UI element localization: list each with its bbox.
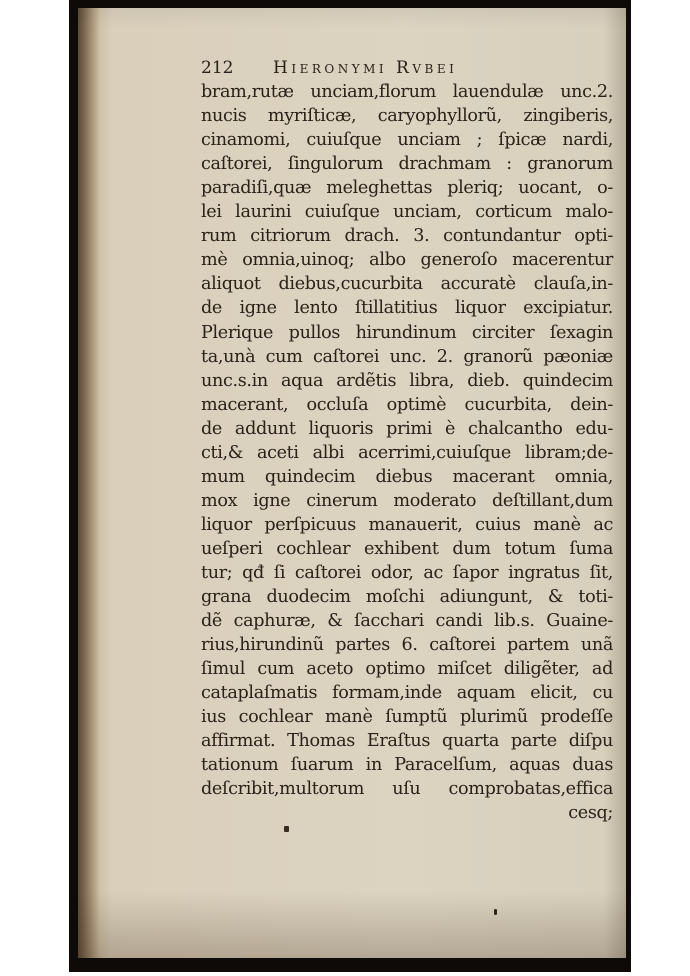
page-text-block: 212 Hieronymi Rvbei bram,rutæ unciam,flo… <box>201 56 613 826</box>
text-line: affirmat. Thomas Eraſtus quarta parte di… <box>201 729 613 753</box>
text-line: ueſperi cochlear exhibent dum totum ſuma <box>201 537 613 561</box>
text-line: rum citriorum drach. 3. contundantur opt… <box>201 224 613 248</box>
text-line: caſtorei, ſingulorum drachmam : granorum <box>201 152 613 176</box>
page-number: 212 <box>201 56 273 80</box>
running-head: 212 Hieronymi Rvbei <box>201 56 613 80</box>
text-line: aliquot diebus,cucurbita accuratè clauſa… <box>201 272 613 296</box>
paper-speck <box>494 909 497 915</box>
text-line: mè omnia,uinoq; albo generoſo macerentur <box>201 248 613 272</box>
text-line: mox igne cinerum moderato deſtillant,dum <box>201 489 613 513</box>
running-title: Hieronymi Rvbei <box>273 56 457 80</box>
text-line: mum quindecim diebus macerant omnia, <box>201 465 613 489</box>
text-line: Plerique pullos hirundinum circiter ſexa… <box>201 321 613 345</box>
text-line: bram,rutæ unciam,florum lauendulæ unc.2. <box>201 80 613 104</box>
text-line: ſimul cum aceto optimo miſcet diligẽter,… <box>201 657 613 681</box>
signature-mark <box>284 826 289 832</box>
text-line: lei laurini cuiuſque unciam, corticum ma… <box>201 200 613 224</box>
text-line: unc.s.in aqua ardẽtis libra, dieb. quind… <box>201 369 613 393</box>
text-line: deſcribit,multorum uſu comprobatas,effic… <box>201 777 613 801</box>
text-line: nucis myriſticæ, caryophyllorũ, zingiber… <box>201 104 613 128</box>
text-line: macerant, occluſa optimè cucurbita, dein… <box>201 393 613 417</box>
text-line: tur; qđ ſi caſtorei odor, ac ſapor ingra… <box>201 561 613 585</box>
text-line: cti,& aceti albi acerrimi,cuiuſque libra… <box>201 441 613 465</box>
text-line: rius,hirundinũ partes 6. caſtorei partem… <box>201 633 613 657</box>
text-line: de addunt liquoris primi è chalcantho ed… <box>201 417 613 441</box>
text-line: liquor perſpicuus manauerit, cuius manè … <box>201 513 613 537</box>
text-line: de igne lento ſtillatitius liquor excipi… <box>201 296 613 320</box>
text-line: dẽ caphuræ, & ſacchari candi lib.s. Guai… <box>201 609 613 633</box>
text-line: cataplaſmatis formam,inde aquam elicit, … <box>201 681 613 705</box>
text-line: ta,unà cum caſtorei unc. 2. granorũ pæon… <box>201 345 613 369</box>
catchword: cesq; <box>201 801 613 825</box>
text-line: tationum ſuarum in Paracelſum, aquas dua… <box>201 753 613 777</box>
text-line: paradiſi,quæ meleghettas pleriq; uocant,… <box>201 176 613 200</box>
text-line: ius cochlear manè ſumptũ plurimũ prodeſſ… <box>201 705 613 729</box>
text-line: cinamomi, cuiuſque unciam ; ſpicæ nardi, <box>201 128 613 152</box>
text-line: grana duodecim moſchi adiungunt, & toti- <box>201 585 613 609</box>
